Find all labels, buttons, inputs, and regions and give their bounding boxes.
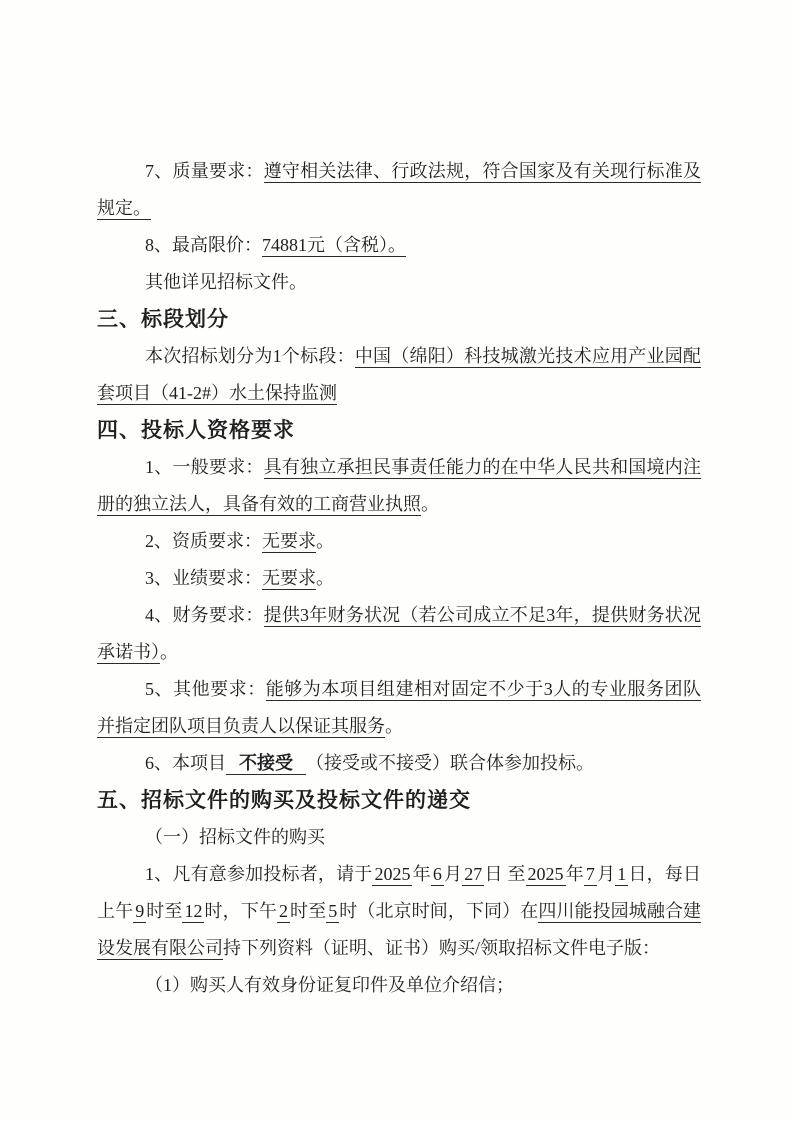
lot-intro: 本次招标划分为1个标段： <box>145 346 355 366</box>
item-suffix: （接受或不接受）联合体参加投标。 <box>306 753 594 773</box>
date-month-underlined: 7 <box>584 864 597 886</box>
document-content: 7、质量要求：遵守相关法律、行政法规，符合国家及有关现行标准及规定。 8、最高限… <box>97 153 701 1004</box>
para-purchase-instructions: 1、凡有意参加投标者，请于2025年6月27日 至2025年7月1日，每日上午9… <box>97 856 701 967</box>
item-label: 8、最高限价： <box>145 235 262 255</box>
item-tail: 。 <box>421 494 439 514</box>
item-label: 3、业绩要求： <box>145 568 262 588</box>
item-financial-requirement: 4、财务要求：提供3年财务状况（若公司成立不足3年，提供财务状况承诺书）。 <box>97 597 701 671</box>
time-hour-underlined: 12 <box>182 901 204 923</box>
para-lot-division: 本次招标划分为1个标段：中国（绵阳）科技城激光技术应用产业园配套项目（41-2#… <box>97 338 701 412</box>
time-hour-underlined: 2 <box>277 901 290 923</box>
item-qualification-requirement: 2、资质要求：无要求。 <box>97 523 701 560</box>
item-value-underlined: 无要求 <box>262 531 316 553</box>
sub-heading-doc-purchase: （一）招标文件的购买 <box>97 819 701 856</box>
time-hour-underlined: 9 <box>133 901 146 923</box>
item-value-underlined: 无要求 <box>262 568 316 590</box>
item-performance-requirement: 3、业绩要求：无要求。 <box>97 560 701 597</box>
item-consortium: 6、本项目不接受（接受或不接受）联合体参加投标。 <box>97 745 701 782</box>
note-see-tender-doc: 其他详见招标文件。 <box>97 264 701 301</box>
item-label: 4、财务要求： <box>145 605 264 625</box>
date-day-underlined: 27 <box>462 864 484 886</box>
item-prefix: 6、本项目 <box>145 753 226 773</box>
text-run: 月 <box>444 864 462 884</box>
item-label: 1、一般要求： <box>145 457 264 477</box>
item-tail: 。 <box>160 642 178 662</box>
date-year-underlined: 2025 <box>526 864 566 886</box>
item-label: 5、其他要求： <box>145 679 266 699</box>
date-day-underlined: 1 <box>615 864 628 886</box>
item-quality-requirement: 7、质量要求：遵守相关法律、行政法规，符合国家及有关现行标准及规定。 <box>97 153 701 227</box>
text-run: 时（北京时间，下同）在 <box>339 901 538 921</box>
item-label: 2、资质要求： <box>145 531 262 551</box>
text-run: 日 至 <box>484 864 525 884</box>
text-run: 月 <box>597 864 615 884</box>
text-run: 年 <box>412 864 430 884</box>
item-price-limit: 8、最高限价：74881元（含税）。 <box>97 227 701 264</box>
heading-section-3: 三、标段划分 <box>97 301 701 338</box>
heading-section-5: 五、招标文件的购买及投标文件的递交 <box>97 782 701 819</box>
item-label: 7、质量要求： <box>145 161 264 181</box>
document-page: 7、质量要求：遵守相关法律、行政法规，符合国家及有关现行标准及规定。 8、最高限… <box>0 0 793 1121</box>
item-general-requirement: 1、一般要求：具有独立承担民事责任能力的在中华人民共和国境内注册的独立法人，具备… <box>97 449 701 523</box>
date-month-underlined: 6 <box>431 864 444 886</box>
text-run: 时至 <box>146 901 182 921</box>
text-run: 年 <box>566 864 584 884</box>
blank-filled-value: 不接受 <box>226 753 306 775</box>
heading-section-4: 四、投标人资格要求 <box>97 412 701 449</box>
text-run: 持下列资料（证明、证书）购买/领取招标文件电子版： <box>223 938 660 958</box>
date-year-underlined: 2025 <box>372 864 412 886</box>
text-run: 1、凡有意参加投标者，请于 <box>145 864 372 884</box>
item-tail: 。 <box>385 716 403 736</box>
item-tail: 。 <box>316 531 334 551</box>
item-other-requirement: 5、其他要求：能够为本项目组建相对固定不少于3人的专业服务团队并指定团队项目负责… <box>97 671 701 745</box>
time-hour-underlined: 5 <box>326 901 339 923</box>
text-run: 时，下午 <box>204 901 276 921</box>
item-tail: 。 <box>316 568 334 588</box>
item-value-underlined: 74881元（含税）。 <box>262 235 406 257</box>
text-run: 时至 <box>290 901 326 921</box>
item-id-copy-requirement: （1）购买人有效身份证复印件及单位介绍信； <box>97 967 701 1004</box>
